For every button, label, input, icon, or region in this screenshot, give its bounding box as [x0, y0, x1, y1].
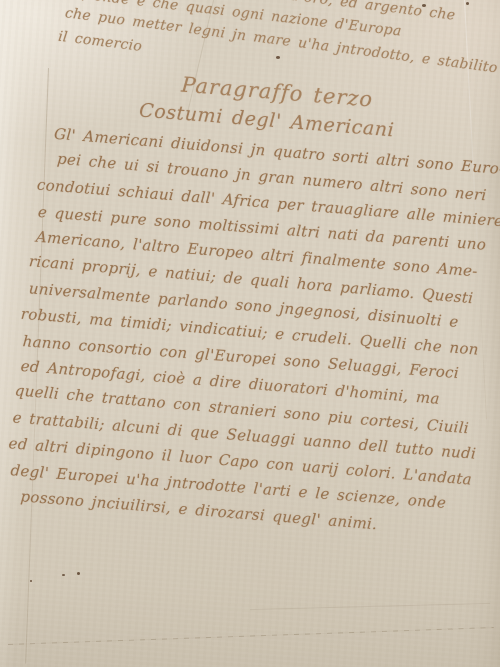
- ink-speck: [466, 2, 469, 5]
- body-paragraph: Gl' Americani diuidonsi jn quatro sorti …: [0, 119, 499, 545]
- faint-guide-rule: [250, 603, 490, 610]
- bottom-guide-rule: [8, 627, 494, 645]
- ink-speck: [276, 56, 280, 59]
- manuscript-text-block: Paragraffo terzo Costumi degl' Americani…: [0, 58, 500, 544]
- ink-speck: [422, 4, 426, 7]
- ink-speck: [30, 580, 32, 582]
- manuscript-photo: miniere d'oro, ed argento che ano, onde …: [0, 0, 500, 667]
- ink-speck: [62, 574, 65, 576]
- ink-speck: [77, 572, 80, 575]
